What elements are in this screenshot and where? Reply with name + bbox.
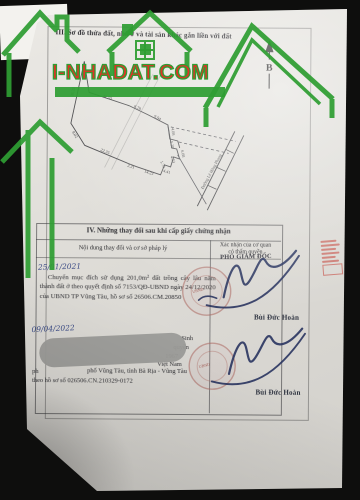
watermark-text: I-NHADAT.COM: [52, 61, 209, 85]
photo-of-land-certificate: III. Sơ đồ thửa đất, nhà ở và tài sản kh…: [0, 0, 360, 500]
